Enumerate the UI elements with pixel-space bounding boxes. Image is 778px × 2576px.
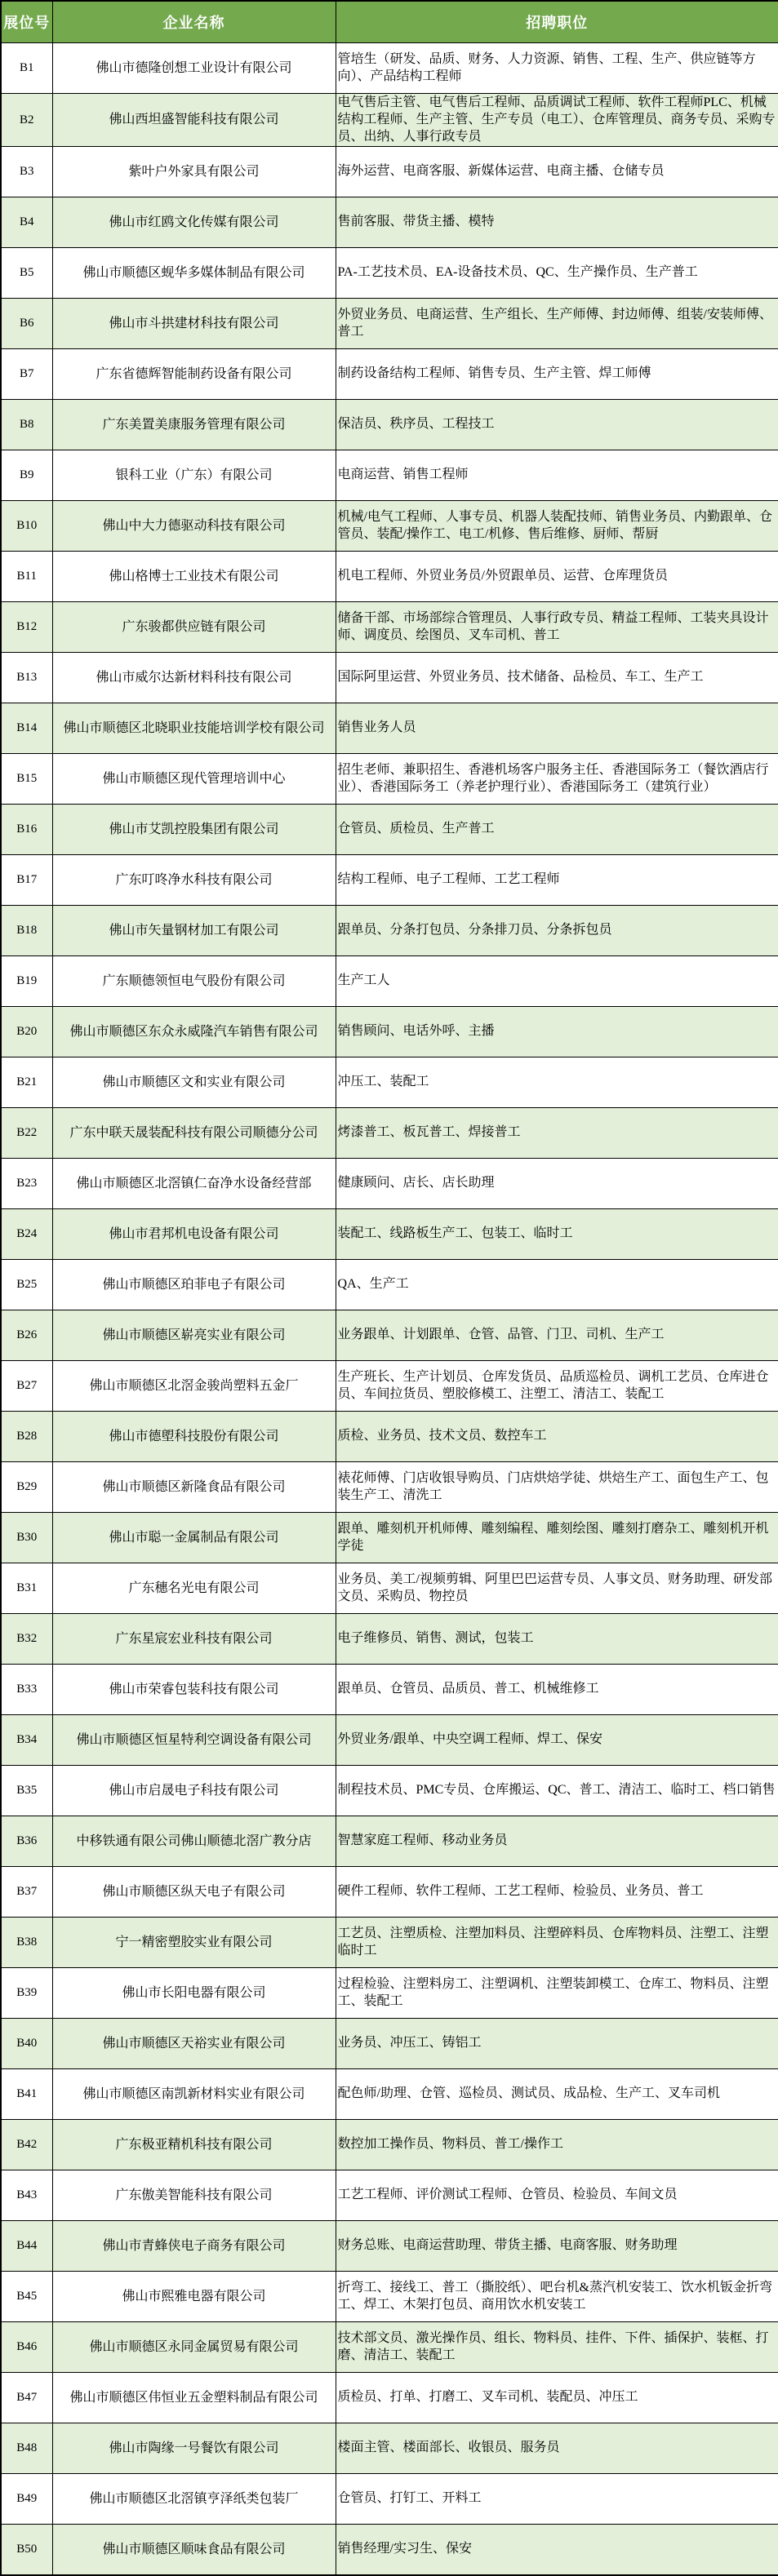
table-row: B39 佛山市长阳电器有限公司 过程检验、注塑料房工、注塑调机、注塑装卸模工、仓… [1,1968,778,2019]
positions-cell: 机电工程师、外贸业务员/外贸跟单员、运营、仓库理货员 [336,552,778,602]
positions-cell: 保洁员、秩序员、工程技工 [336,400,778,450]
company-name-cell: 佛山西坦盛智能科技有限公司 [52,94,336,147]
table-row: B38 宁一精密塑胶实业有限公司 工艺员、注塑质检、注塑加料员、注塑碎料员、仓库… [1,1918,778,1968]
table-row: B24 佛山市君邦机电设备有限公司 装配工、线路板生产工、包装工、临时工 [1,1209,778,1260]
company-name-cell: 佛山市荣睿包装科技有限公司 [52,1665,336,1715]
company-name-cell: 广东穗名光电有限公司 [52,1563,336,1614]
booth-number-cell: B20 [1,1007,52,1057]
company-name-cell: 佛山市顺德区恒星特利空调设备有限公司 [52,1715,336,1766]
positions-cell: 外贸业务员、电商运营、生产组长、生产师傅、封边师傅、组装/安装师傅、普工 [336,299,778,349]
company-name-cell: 佛山市顺德区伟恒业五金塑料制品有限公司 [52,2373,336,2423]
company-name-cell: 佛山市长阳电器有限公司 [52,1968,336,2019]
booth-number-cell: B46 [1,2322,52,2373]
booth-number-cell: B44 [1,2221,52,2272]
booth-number-cell: B7 [1,349,52,400]
booth-number-cell: B40 [1,2019,52,2069]
table-row: B44 佛山市青蜂侠电子商务有限公司 财务总账、电商运营助理、带货主播、电商客服… [1,2221,778,2272]
positions-cell: 仓管员、打钉工、开料工 [336,2474,778,2525]
table-row: B13 佛山市威尔达新材料科技有限公司 国际阿里运营、外贸业务员、技术储备、品检… [1,653,778,703]
company-name-cell: 佛山市顺德区永同金属贸易有限公司 [52,2322,336,2373]
positions-cell: 生产班长、生产计划员、仓库发货员、品质巡检员、调机工艺员、仓库进仓员、车间拉货员… [336,1361,778,1412]
positions-cell: 烤漆普工、板瓦普工、焊接普工 [336,1108,778,1159]
positions-cell: 裱花师傅、门店收银导购员、门店烘焙学徒、烘焙生产工、面包生产工、包装生产工、清洗… [336,1462,778,1513]
company-name-cell: 佛山中大力德驱动科技有限公司 [52,501,336,552]
booth-number-cell: B47 [1,2373,52,2423]
table-row: B27 佛山市顺德区北滘金骏尚塑料五金厂 生产班长、生产计划员、仓库发货员、品质… [1,1361,778,1412]
company-name-cell: 佛山市熙雅电器有限公司 [52,2272,336,2322]
positions-cell: 跟单员、分条打包员、分条排刀员、分条拆包员 [336,906,778,956]
booth-number-cell: B23 [1,1159,52,1209]
positions-cell: 机械/电气工程师、人事专员、机器人装配技师、销售业务员、内勤跟单、仓管员、装配/… [336,501,778,552]
positions-cell: 智慧家庭工程师、移动业务员 [336,1816,778,1867]
booth-number-cell: B24 [1,1209,52,1260]
positions-cell: 业务员、美工/视频剪辑、阿里巴巴运营专员、人事文员、财务助理、研发部文员、采购员… [336,1563,778,1614]
table-row: B37 佛山市顺德区纵天电子有限公司 硬件工程师、软件工程师、工艺工程师、检验员… [1,1867,778,1918]
company-name-cell: 佛山市顺德区崭亮实业有限公司 [52,1310,336,1361]
table-row: B9 银科工业（广东）有限公司 电商运营、销售工程师 [1,450,778,501]
booth-number-cell: B48 [1,2423,52,2474]
booth-number-cell: B10 [1,501,52,552]
table-row: B36 中移铁通有限公司佛山顺德北滘广教分店 智慧家庭工程师、移动业务员 [1,1816,778,1867]
company-name-cell: 佛山市德隆创想工业设计有限公司 [52,43,336,94]
positions-cell: 配色师/助理、仓管、巡检员、测试员、成品检、生产工、叉车司机 [336,2069,778,2120]
table-row: B48 佛山市陶缘一号餐饮有限公司 楼面主管、楼面部长、收银员、服务员 [1,2423,778,2474]
company-name-cell: 佛山市顺德区北滘镇仁奋净水设备经营部 [52,1159,336,1209]
header-positions: 招聘职位 [336,1,778,43]
booth-number-cell: B33 [1,1665,52,1715]
table-row: B50 佛山市顺德区顺味食品有限公司 销售经理/实习生、保安 [1,2525,778,2575]
company-name-cell: 广东星宸宏业科技有限公司 [52,1614,336,1665]
booth-number-cell: B17 [1,855,52,906]
table-row: B34 佛山市顺德区恒星特利空调设备有限公司 外贸业务/跟单、中央空调工程师、焊… [1,1715,778,1766]
table-row: B43 广东傲美智能科技有限公司 工艺工程师、评价测试工程师、仓管员、检验员、车… [1,2170,778,2221]
table-row: B1 佛山市德隆创想工业设计有限公司 管培生（研发、品质、财务、人力资源、销售、… [1,43,778,94]
booth-number-cell: B29 [1,1462,52,1513]
table-row: B40 佛山市顺德区天裕实业有限公司 业务员、冲压工、铸铝工 [1,2019,778,2069]
booth-number-cell: B13 [1,653,52,703]
positions-cell: 制药设备结构工程师、销售专员、生产主管、焊工师傅 [336,349,778,400]
table-row: B17 广东叮咚净水科技有限公司 结构工程师、电子工程师、工艺工程师 [1,855,778,906]
booth-number-cell: B45 [1,2272,52,2322]
positions-cell: 国际阿里运营、外贸业务员、技术储备、品检员、车工、生产工 [336,653,778,703]
booth-number-cell: B2 [1,94,52,147]
header-row: 展位号 企业名称 招聘职位 [1,1,778,43]
company-name-cell: 广东极亚精机科技有限公司 [52,2120,336,2170]
table-row: B41 佛山市顺德区南凯新材料实业有限公司 配色师/助理、仓管、巡检员、测试员、… [1,2069,778,2120]
company-name-cell: 佛山市斗拱建材科技有限公司 [52,299,336,349]
table-row: B45 佛山市熙雅电器有限公司 折弯工、接线工、普工（撕胶纸）、吧台机&蒸汽机安… [1,2272,778,2322]
booth-number-cell: B3 [1,147,52,197]
positions-cell: 业务员、冲压工、铸铝工 [336,2019,778,2069]
table-row: B15 佛山市顺德区现代管理培训中心 招生老师、兼职招生、香港机场客户服务主任、… [1,754,778,805]
booth-number-cell: B30 [1,1513,52,1563]
table-row: B8 广东美置美康服务管理有限公司 保洁员、秩序员、工程技工 [1,400,778,450]
company-name-cell: 广东中联天晟装配科技有限公司顺德分公司 [52,1108,336,1159]
table-row: B22 广东中联天晟装配科技有限公司顺德分公司 烤漆普工、板瓦普工、焊接普工 [1,1108,778,1159]
table-row: B2 佛山西坦盛智能科技有限公司 电气售后主管、电气售后工程师、品质调试工程师、… [1,94,778,147]
booth-number-cell: B38 [1,1918,52,1968]
booth-number-cell: B36 [1,1816,52,1867]
table-row: B31 广东穗名光电有限公司 业务员、美工/视频剪辑、阿里巴巴运营专员、人事文员… [1,1563,778,1614]
positions-cell: 电气售后主管、电气售后工程师、品质调试工程师、软件工程师PLC、机械结构工程师、… [336,94,778,147]
table-row: B21 佛山市顺德区文和实业有限公司 冲压工、装配工 [1,1057,778,1108]
positions-cell: 电子维修员、销售、测试，包装工 [336,1614,778,1665]
table-row: B28 佛山市德塱科技股份有限公司 质检、业务员、技术文员、数控车工 [1,1412,778,1462]
booth-number-cell: B8 [1,400,52,450]
positions-cell: 质检员、打单、打磨工、叉车司机、装配员、冲压工 [336,2373,778,2423]
positions-cell: 过程检验、注塑料房工、注塑调机、注塑装卸模工、仓库工、物料员、注塑工、装配工 [336,1968,778,2019]
positions-cell: 财务总账、电商运营助理、带货主播、电商客服、财务助理 [336,2221,778,2272]
company-name-cell: 广东傲美智能科技有限公司 [52,2170,336,2221]
company-name-cell: 佛山市顺德区蚬华多媒体制品有限公司 [52,248,336,299]
positions-cell: 硬件工程师、软件工程师、工艺工程师、检验员、业务员、普工 [336,1867,778,1918]
company-name-cell: 佛山市顺德区现代管理培训中心 [52,754,336,805]
table-row: B33 佛山市荣睿包装科技有限公司 跟单员、仓管员、品质员、普工、机械维修工 [1,1665,778,1715]
table-row: B25 佛山市顺德区珀菲电子有限公司 QA、生产工 [1,1260,778,1310]
booth-number-cell: B14 [1,703,52,754]
booth-number-cell: B27 [1,1361,52,1412]
positions-cell: 质检、业务员、技术文员、数控车工 [336,1412,778,1462]
header-company-name: 企业名称 [52,1,336,43]
booth-number-cell: B42 [1,2120,52,2170]
table-row: B35 佛山市启晟电子科技有限公司 制程技术员、PMC专员、仓库搬运、QC、普工… [1,1766,778,1816]
jobfair-booth-table: 展位号 企业名称 招聘职位 B1 佛山市德隆创想工业设计有限公司 管培生（研发、… [0,0,778,2576]
booth-number-cell: B5 [1,248,52,299]
company-name-cell: 佛山市红鸥文化传媒有限公司 [52,197,336,248]
company-name-cell: 佛山格博士工业技术有限公司 [52,552,336,602]
booth-number-cell: B39 [1,1968,52,2019]
company-name-cell: 佛山市顺德区南凯新材料实业有限公司 [52,2069,336,2120]
table-row: B4 佛山市红鸥文化传媒有限公司 售前客服、带货主播、模特 [1,197,778,248]
table-row: B7 广东省德辉智能制药设备有限公司 制药设备结构工程师、销售专员、生产主管、焊… [1,349,778,400]
table-row: B26 佛山市顺德区崭亮实业有限公司 业务跟单、计划跟单、仓管、品管、门卫、司机… [1,1310,778,1361]
positions-cell: QA、生产工 [336,1260,778,1310]
positions-cell: 电商运营、销售工程师 [336,450,778,501]
positions-cell: 技术部文员、激光操作员、组长、物料员、挂件、下件、插保护、装框、打磨、清洁工、装… [336,2322,778,2373]
positions-cell: 外贸业务/跟单、中央空调工程师、焊工、保安 [336,1715,778,1766]
booth-number-cell: B9 [1,450,52,501]
positions-cell: 楼面主管、楼面部长、收银员、服务员 [336,2423,778,2474]
booth-number-cell: B34 [1,1715,52,1766]
table-row: B11 佛山格博士工业技术有限公司 机电工程师、外贸业务员/外贸跟单员、运营、仓… [1,552,778,602]
company-name-cell: 佛山市顺德区文和实业有限公司 [52,1057,336,1108]
company-name-cell: 中移铁通有限公司佛山顺德北滘广教分店 [52,1816,336,1867]
company-name-cell: 广东顺德领恒电气股份有限公司 [52,956,336,1007]
company-name-cell: 佛山市顺德区东众永威隆汽车销售有限公司 [52,1007,336,1057]
company-name-cell: 佛山市顺德区纵天电子有限公司 [52,1867,336,1918]
positions-cell: 数控加工操作员、物料员、普工/操作工 [336,2120,778,2170]
positions-cell: 管培生（研发、品质、财务、人力资源、销售、工程、生产、供应链等方向）、产品结构工… [336,43,778,94]
table-row: B6 佛山市斗拱建材科技有限公司 外贸业务员、电商运营、生产组长、生产师傅、封边… [1,299,778,349]
company-name-cell: 广东美置美康服务管理有限公司 [52,400,336,450]
booth-number-cell: B31 [1,1563,52,1614]
positions-cell: 业务跟单、计划跟单、仓管、品管、门卫、司机、生产工 [336,1310,778,1361]
positions-cell: 招生老师、兼职招生、香港机场客户服务主任、香港国际务工（餐饮酒店行业）、香港国际… [336,754,778,805]
company-name-cell: 佛山市顺德区新隆食品有限公司 [52,1462,336,1513]
booth-number-cell: B18 [1,906,52,956]
positions-cell: 售前客服、带货主播、模特 [336,197,778,248]
booth-number-cell: B19 [1,956,52,1007]
positions-cell: 冲压工、装配工 [336,1057,778,1108]
table-row: B32 广东星宸宏业科技有限公司 电子维修员、销售、测试，包装工 [1,1614,778,1665]
positions-cell: 折弯工、接线工、普工（撕胶纸）、吧台机&蒸汽机安装工、饮水机钣金折弯工、焊工、木… [336,2272,778,2322]
table-row: B29 佛山市顺德区新隆食品有限公司 裱花师傅、门店收银导购员、门店烘焙学徒、烘… [1,1462,778,1513]
booth-number-cell: B26 [1,1310,52,1361]
positions-cell: 生产工人 [336,956,778,1007]
company-name-cell: 紫叶户外家具有限公司 [52,147,336,197]
booth-number-cell: B16 [1,805,52,855]
booth-number-cell: B35 [1,1766,52,1816]
company-name-cell: 佛山市矢量钢材加工有限公司 [52,906,336,956]
table-row: B3 紫叶户外家具有限公司 海外运营、电商客服、新媒体运营、电商主播、仓储专员 [1,147,778,197]
company-name-cell: 佛山市顺德区顺味食品有限公司 [52,2525,336,2575]
booth-number-cell: B22 [1,1108,52,1159]
table-row: B49 佛山市顺德区北滘镇亨泽纸类包装厂 仓管员、打钉工、开料工 [1,2474,778,2525]
table-row: B23 佛山市顺德区北滘镇仁奋净水设备经营部 健康顾问、店长、店长助理 [1,1159,778,1209]
company-name-cell: 佛山市青蜂侠电子商务有限公司 [52,2221,336,2272]
booth-number-cell: B43 [1,2170,52,2221]
company-name-cell: 佛山市威尔达新材料科技有限公司 [52,653,336,703]
company-name-cell: 佛山市启晟电子科技有限公司 [52,1766,336,1816]
booth-number-cell: B37 [1,1867,52,1918]
table-row: B10 佛山中大力德驱动科技有限公司 机械/电气工程师、人事专员、机器人装配技师… [1,501,778,552]
table-row: B30 佛山市聪一金属制品有限公司 跟单、雕刻机开机师傅、雕刻编程、雕刻绘图、雕… [1,1513,778,1563]
table-header: 展位号 企业名称 招聘职位 [1,1,778,43]
company-name-cell: 佛山市顺德区珀菲电子有限公司 [52,1260,336,1310]
positions-cell: 销售顾问、电话外呼、主播 [336,1007,778,1057]
booth-number-cell: B41 [1,2069,52,2120]
company-name-cell: 佛山市顺德区天裕实业有限公司 [52,2019,336,2069]
company-name-cell: 广东省德辉智能制药设备有限公司 [52,349,336,400]
positions-cell: 装配工、线路板生产工、包装工、临时工 [336,1209,778,1260]
table-row: B14 佛山市顺德区北晓职业技能培训学校有限公司 销售业务人员 [1,703,778,754]
header-booth-number: 展位号 [1,1,52,43]
table-body: B1 佛山市德隆创想工业设计有限公司 管培生（研发、品质、财务、人力资源、销售、… [1,43,778,2575]
booth-number-cell: B11 [1,552,52,602]
company-name-cell: 银科工业（广东）有限公司 [52,450,336,501]
table-row: B46 佛山市顺德区永同金属贸易有限公司 技术部文员、激光操作员、组长、物料员、… [1,2322,778,2373]
booth-number-cell: B28 [1,1412,52,1462]
booth-number-cell: B32 [1,1614,52,1665]
positions-cell: 工艺工程师、评价测试工程师、仓管员、检验员、车间文员 [336,2170,778,2221]
table-row: B12 广东骏都供应链有限公司 储备干部、市场部综合管理员、人事行政专员、精益工… [1,602,778,653]
positions-cell: 工艺员、注塑质检、注塑加料员、注塑碎料员、仓库物料员、注塑工、注塑临时工 [336,1918,778,1968]
booth-number-cell: B15 [1,754,52,805]
positions-cell: 跟单员、仓管员、品质员、普工、机械维修工 [336,1665,778,1715]
booth-number-cell: B1 [1,43,52,94]
positions-cell: 结构工程师、电子工程师、工艺工程师 [336,855,778,906]
table-row: B16 佛山市艾凯控股集团有限公司 仓管员、质检员、生产普工 [1,805,778,855]
table-row: B20 佛山市顺德区东众永威隆汽车销售有限公司 销售顾问、电话外呼、主播 [1,1007,778,1057]
company-name-cell: 宁一精密塑胶实业有限公司 [52,1918,336,1968]
table-row: B47 佛山市顺德区伟恒业五金塑料制品有限公司 质检员、打单、打磨工、叉车司机、… [1,2373,778,2423]
booth-number-cell: B12 [1,602,52,653]
positions-cell: 销售经理/实习生、保安 [336,2525,778,2575]
table-row: B42 广东极亚精机科技有限公司 数控加工操作员、物料员、普工/操作工 [1,2120,778,2170]
booth-number-cell: B4 [1,197,52,248]
company-name-cell: 佛山市德塱科技股份有限公司 [52,1412,336,1462]
company-name-cell: 佛山市顺德区北晓职业技能培训学校有限公司 [52,703,336,754]
company-name-cell: 广东骏都供应链有限公司 [52,602,336,653]
company-name-cell: 佛山市君邦机电设备有限公司 [52,1209,336,1260]
positions-cell: 仓管员、质检员、生产普工 [336,805,778,855]
table-row: B19 广东顺德领恒电气股份有限公司 生产工人 [1,956,778,1007]
company-name-cell: 广东叮咚净水科技有限公司 [52,855,336,906]
booth-number-cell: B21 [1,1057,52,1108]
company-name-cell: 佛山市聪一金属制品有限公司 [52,1513,336,1563]
booth-number-cell: B50 [1,2525,52,2575]
table-row: B5 佛山市顺德区蚬华多媒体制品有限公司 PA-工艺技术员、EA-设备技术员、Q… [1,248,778,299]
booth-number-cell: B49 [1,2474,52,2525]
company-name-cell: 佛山市顺德区北滘镇亨泽纸类包装厂 [52,2474,336,2525]
positions-cell: 健康顾问、店长、店长助理 [336,1159,778,1209]
table-row: B18 佛山市矢量钢材加工有限公司 跟单员、分条打包员、分条排刀员、分条拆包员 [1,906,778,956]
positions-cell: PA-工艺技术员、EA-设备技术员、QC、生产操作员、生产普工 [336,248,778,299]
company-name-cell: 佛山市陶缘一号餐饮有限公司 [52,2423,336,2474]
positions-cell: 海外运营、电商客服、新媒体运营、电商主播、仓储专员 [336,147,778,197]
positions-cell: 储备干部、市场部综合管理员、人事行政专员、精益工程师、工装夹具设计师、调度员、绘… [336,602,778,653]
booth-number-cell: B6 [1,299,52,349]
positions-cell: 跟单、雕刻机开机师傅、雕刻编程、雕刻绘图、雕刻打磨杂工、雕刻机开机学徒 [336,1513,778,1563]
positions-cell: 销售业务人员 [336,703,778,754]
company-name-cell: 佛山市顺德区北滘金骏尚塑料五金厂 [52,1361,336,1412]
positions-cell: 制程技术员、PMC专员、仓库搬运、QC、普工、清洁工、临时工、档口销售 [336,1766,778,1816]
booth-number-cell: B25 [1,1260,52,1310]
company-name-cell: 佛山市艾凯控股集团有限公司 [52,805,336,855]
